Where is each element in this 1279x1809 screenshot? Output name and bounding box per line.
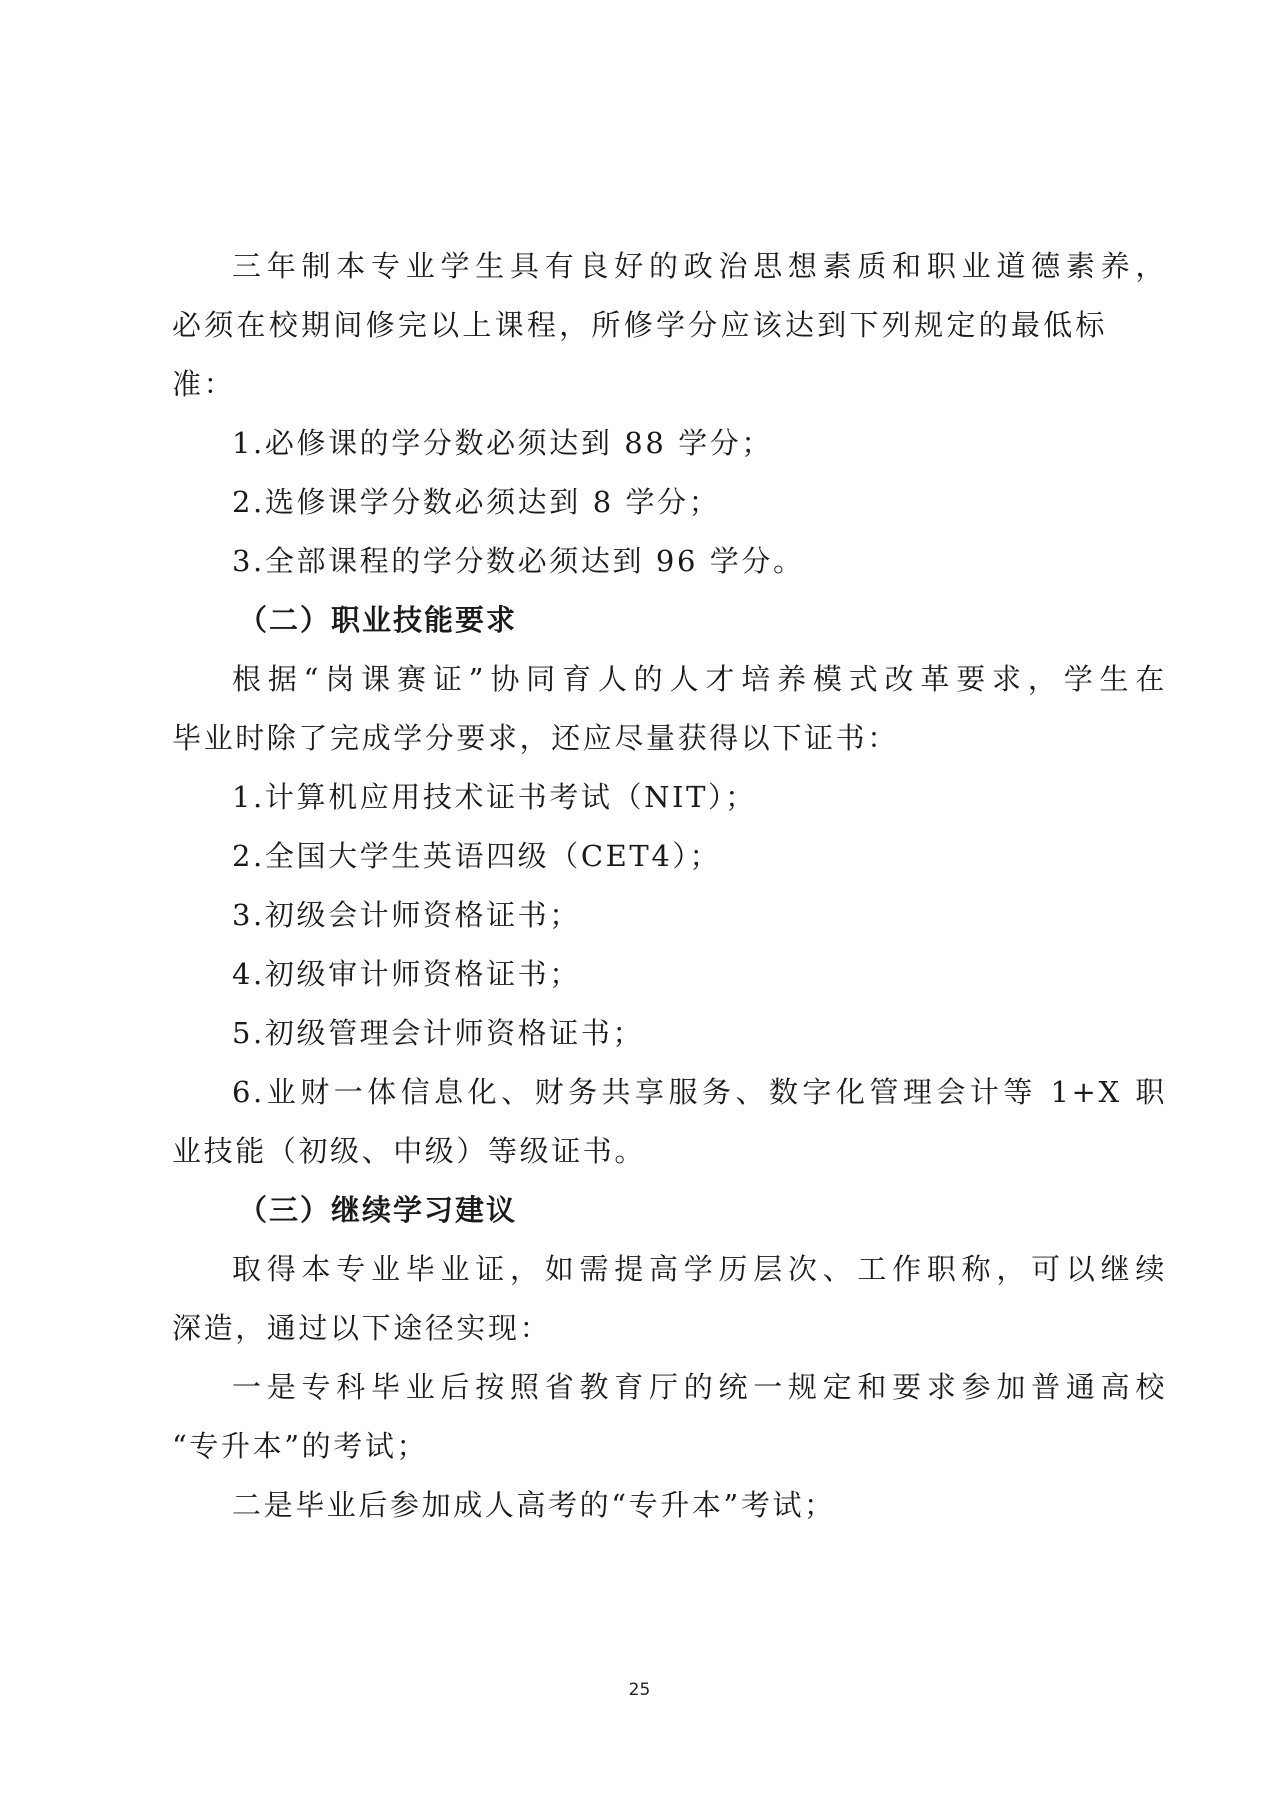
section-2-intro-line-1: 根据“岗课赛证”协同育人的人才培养模式改革要求，学生在 — [232, 659, 1167, 699]
page-number: 25 — [0, 1680, 1279, 1700]
section-3-intro-line-1: 取得本专业毕业证，如需提高学历层次、工作职称，可以继续 — [232, 1249, 1167, 1289]
education-path-2: 二是毕业后参加成人高考的“专升本”考试； — [232, 1485, 1167, 1525]
certificate-item-3: 3.初级会计师资格证书； — [232, 895, 1167, 935]
section-heading-vocational-skills: （二）职业技能要求 — [238, 600, 1173, 640]
certificate-item-4: 4.初级审计师资格证书； — [232, 954, 1167, 994]
certificate-item-5: 5.初级管理会计师资格证书； — [232, 1013, 1167, 1053]
paragraph-intro-line-3: 准： — [172, 364, 1107, 404]
education-path-1-line-1: 一是专科毕业后按照省教育厅的统一规定和要求参加普通高校 — [232, 1367, 1167, 1407]
document-page: 三年制本专业学生具有良好的政治思想素质和职业道德素养， 必须在校期间修完以上课程… — [0, 0, 1279, 1809]
credit-requirement-2: 2.选修课学分数必须达到 8 学分； — [232, 482, 1167, 522]
section-heading-continuing-education: （三）继续学习建议 — [238, 1190, 1173, 1230]
certificate-item-1: 1.计算机应用技术证书考试（NIT）； — [232, 777, 1167, 817]
certificate-item-2: 2.全国大学生英语四级（CET4）； — [232, 836, 1167, 876]
paragraph-intro-line-2: 必须在校期间修完以上课程，所修学分应该达到下列规定的最低标 — [172, 305, 1107, 345]
section-2-intro-line-2: 毕业时除了完成学分要求，还应尽量获得以下证书： — [172, 718, 1107, 758]
education-path-1-line-2: “专升本”的考试； — [172, 1426, 1107, 1466]
section-3-intro-line-2: 深造，通过以下途径实现： — [172, 1308, 1107, 1348]
credit-requirement-1: 1.必修课的学分数必须达到 88 学分； — [232, 423, 1167, 463]
paragraph-intro-line-1: 三年制本专业学生具有良好的政治思想素质和职业道德素养， — [232, 246, 1167, 286]
certificate-item-6-line-1: 6.业财一体信息化、财务共享服务、数字化管理会计等 1+X 职 — [232, 1072, 1167, 1112]
certificate-item-6-line-2: 业技能（初级、中级）等级证书。 — [172, 1131, 1107, 1171]
credit-requirement-3: 3.全部课程的学分数必须达到 96 学分。 — [232, 541, 1167, 581]
